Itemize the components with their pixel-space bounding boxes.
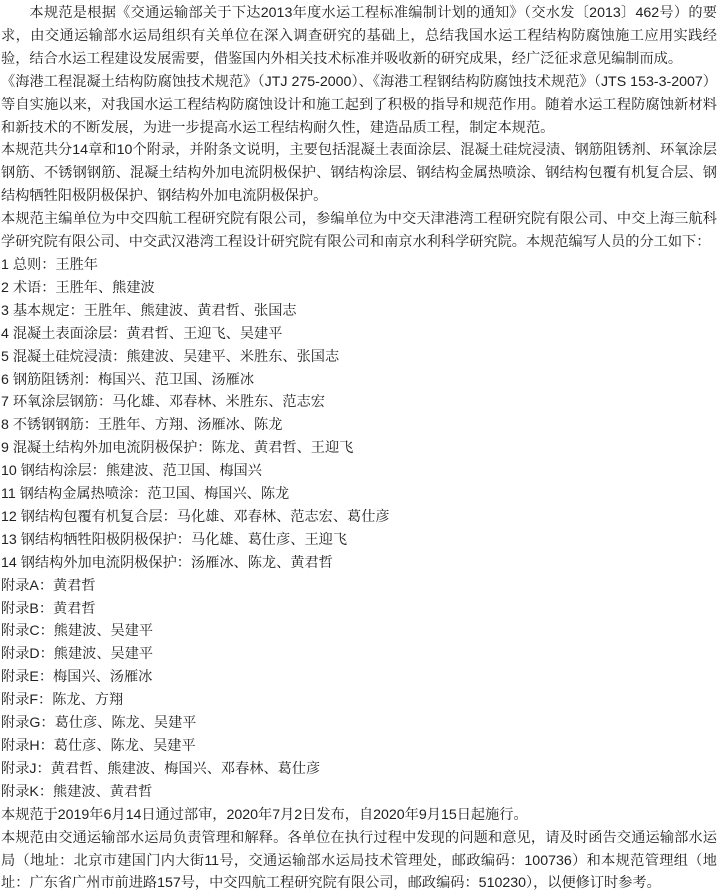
appendix-assignment-line: 附录H：葛仕彦、陈龙、吴建平 [1,735,717,758]
chapter-assignment-line: 1 总则：王胜年 [1,254,717,277]
closing-paragraph: 本规范由交通运输部水运局负责管理和解释。各单位在执行过程中发现的问题和意见，请及… [1,827,717,895]
chapter-assignment-line: 12 钢结构包覆有机复合层：马化雄、邓春林、范志宏、葛仕彦 [1,506,717,529]
preface-document: 本规范是根据《交通运输部关于下达2013年度水运工程标准编制计划的通知》（交水发… [0,0,718,895]
chapter-assignment-line: 9 混凝土结构外加电流阴极保护：陈龙、黄君哲、王迎飞 [1,437,717,460]
appendix-assignment-line: 附录C：熊建波、吴建平 [1,620,717,643]
appendix-assignments-section: 附录A：黄君哲附录B：黄君哲附录C：熊建波、吴建平附录D：熊建波、吴建平附录E：… [1,575,717,804]
appendix-assignment-line: 附录A：黄君哲 [1,575,717,598]
chapter-assignments-section: 1 总则：王胜年2 术语：王胜年、熊建波3 基本规定：王胜年、熊建波、黄君哲、张… [1,254,717,575]
chapter-assignment-line: 5 混凝土硅烷浸渍：熊建波、吴建平、米胜东、张国志 [1,346,717,369]
chapter-assignment-line: 8 不锈钢钢筋：王胜年、方翔、汤雁冰、陈龙 [1,414,717,437]
intro-paragraph: 《海港工程混凝土结构防腐蚀技术规范》（JTJ 275-2000）、《海港工程钢结… [1,71,717,140]
chapter-assignment-line: 3 基本规定：王胜年、熊建波、黄君哲、张国志 [1,300,717,323]
intro-paragraph: 本规范是根据《交通运输部关于下达2013年度水运工程标准编制计划的通知》（交水发… [1,2,717,71]
chapter-assignment-line: 4 混凝土表面涂层：黄君哲、王迎飞、吴建平 [1,323,717,346]
closing-section: 本规范于2019年6月14日通过部审，2020年7月2日发布，自2020年9月1… [1,804,717,895]
intro-paragraph: 本规范共分14章和10个附录，并附条文说明，主要包括混凝土表面涂层、混凝土硅烷浸… [1,139,717,208]
chapter-assignment-line: 2 术语：王胜年、熊建波 [1,277,717,300]
chapter-assignment-line: 10 钢结构涂层：熊建波、范卫国、梅国兴 [1,460,717,483]
appendix-assignment-line: 附录D：熊建波、吴建平 [1,643,717,666]
appendix-assignment-line: 附录F：陈龙、方翔 [1,689,717,712]
closing-paragraph: 本规范于2019年6月14日通过部审，2020年7月2日发布，自2020年9月1… [1,804,717,827]
chapter-assignment-line: 14 钢结构外加电流阴极保护：汤雁冰、陈龙、黄君哲 [1,552,717,575]
chapter-assignment-line: 13 钢结构牺牲阳极阴极保护：马化雄、葛仕彦、王迎飞 [1,529,717,552]
chapter-assignment-line: 6 钢筋阻锈剂：梅国兴、范卫国、汤雁冰 [1,369,717,392]
intro-paragraph: 本规范主编单位为中交四航工程研究院有限公司，参编单位为中交天津港湾工程研究院有限… [1,208,717,254]
intro-section: 本规范是根据《交通运输部关于下达2013年度水运工程标准编制计划的通知》（交水发… [1,2,717,254]
appendix-assignment-line: 附录J：黄君哲、熊建波、梅国兴、邓春林、葛仕彦 [1,758,717,781]
appendix-assignment-line: 附录E：梅国兴、汤雁冰 [1,666,717,689]
appendix-assignment-line: 附录K：熊建波、黄君哲 [1,781,717,804]
chapter-assignment-line: 11 钢结构金属热喷涂：范卫国、梅国兴、陈龙 [1,483,717,506]
appendix-assignment-line: 附录B：黄君哲 [1,598,717,621]
chapter-assignment-line: 7 环氧涂层钢筋：马化雄、邓春林、米胜东、范志宏 [1,391,717,414]
appendix-assignment-line: 附录G：葛仕彦、陈龙、吴建平 [1,712,717,735]
